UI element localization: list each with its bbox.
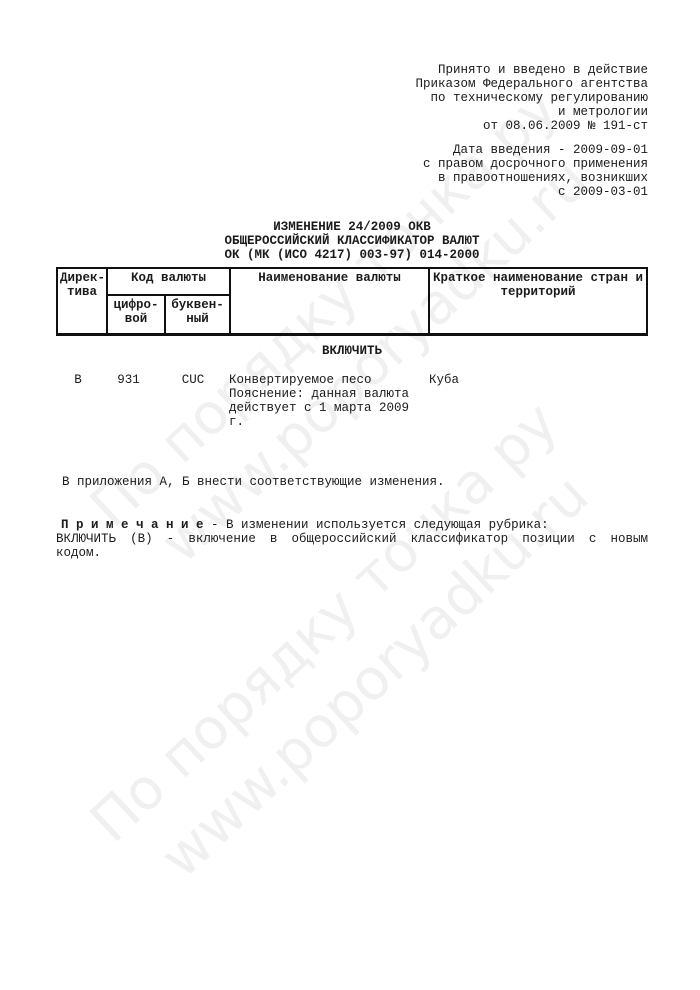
appendix-note: В приложения А, Б внести соответствующие… (56, 475, 648, 489)
document-page: По порядку точка ру www.poporyadku.ru По… (0, 0, 700, 990)
table-header-countries: Краткое наименование стран и территорий (429, 268, 647, 335)
note-paragraph: П р и м е ч а н и е - В изменении исполь… (56, 518, 648, 560)
adoption-line-1: Принято и введено в действие (56, 63, 648, 77)
entry-countries: Куба (427, 373, 648, 387)
table-header-currency-name: Наименование валюты (230, 268, 429, 335)
entry-currency-name: Конвертируемое песо Пояснение: данная ва… (229, 373, 427, 429)
note-rubric-definition-tail: кодом. (56, 546, 648, 560)
introduction-line-2: с правом досрочного применения (56, 157, 648, 171)
adoption-line-3: по техническому регулированию (56, 91, 648, 105)
note-first-line: П р и м е ч а н и е - В изменении исполь… (56, 518, 648, 532)
table-header-directive: Дирек- тива (57, 268, 107, 335)
adoption-line-4: и метрологии (56, 105, 648, 119)
title-classifier-name: ОБЩЕРОССИЙСКИЙ КЛАССИФИКАТОР ВАЛЮТ (56, 234, 648, 248)
document-content: Принято и введено в действие Приказом Фе… (0, 0, 700, 560)
table-header-currency-code: Код валюты (107, 268, 230, 295)
table-row: В 931 CUC Конвертируемое песо Пояснение:… (56, 373, 648, 429)
adoption-line-2: Приказом Федерального агентства (56, 77, 648, 91)
introduction-block: Дата введения - 2009-09-01 с правом доср… (56, 143, 648, 199)
adoption-order-number: от 08.06.2009 № 191-ст (56, 119, 648, 133)
introduction-line-4: с 2009-03-01 (56, 185, 648, 199)
adoption-block: Принято и введено в действие Приказом Фе… (56, 63, 648, 133)
entry-code-numeric: 931 (100, 373, 157, 387)
include-section-heading: ВКЛЮЧИТЬ (56, 344, 648, 358)
note-rubric-definition: ВКЛЮЧИТЬ (В) - включение в общероссийски… (56, 532, 648, 546)
currency-change-table: Дирек- тива Код валюты Наименование валю… (56, 267, 648, 336)
entry-code-alpha: CUC (157, 373, 229, 387)
table-header-code-numeric: цифро- вой (107, 295, 165, 335)
introduction-line-3: в правоотношениях, возникших (56, 171, 648, 185)
title-change-number: ИЗМЕНЕНИЕ 24/2009 ОКВ (56, 220, 648, 234)
table-header-code-alpha: буквен- ный (165, 295, 230, 335)
entry-directive: В (56, 373, 100, 387)
document-title: ИЗМЕНЕНИЕ 24/2009 ОКВ ОБЩЕРОССИЙСКИЙ КЛА… (56, 220, 648, 262)
title-classifier-code: ОК (МК (ИСО 4217) 003-97) 014-2000 (56, 248, 648, 262)
introduction-date: Дата введения - 2009-09-01 (56, 143, 648, 157)
note-label: П р и м е ч а н и е (61, 518, 204, 532)
note-rubric-intro: - В изменении используется следующая руб… (204, 518, 549, 532)
